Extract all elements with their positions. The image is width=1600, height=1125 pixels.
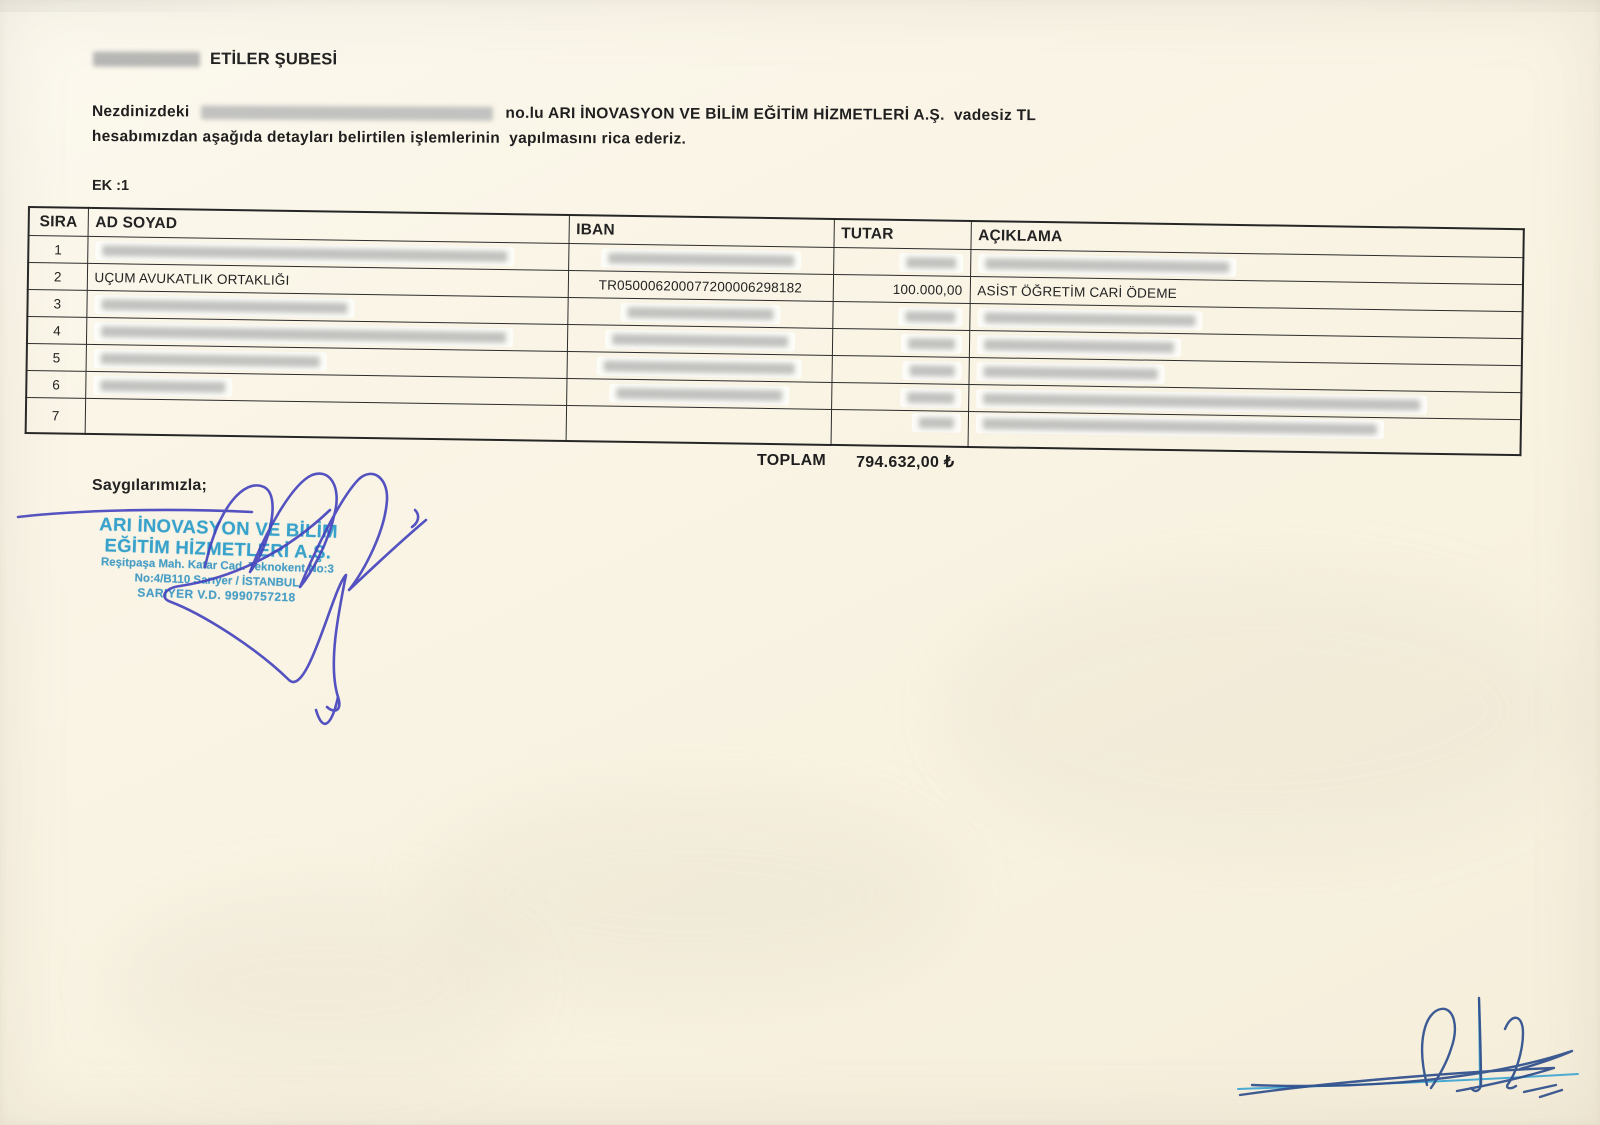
total-label: TOPLAM	[757, 452, 826, 472]
redacted-cell-text	[95, 240, 515, 265]
cell-tutar	[832, 328, 969, 357]
branch-title: ETİLER ŞUBESİ	[210, 50, 337, 69]
redacted-cell-text	[604, 329, 794, 351]
row-number: 4	[27, 317, 86, 345]
redacted-cell-text	[94, 321, 514, 346]
redacted-bank-name	[93, 52, 200, 67]
request-line-1: Nezdinizdeki no.lu ARI İNOVASYON VE BİLİ…	[92, 103, 1036, 125]
cell-iban	[567, 298, 832, 329]
column-header-sira: SIRA	[29, 207, 88, 236]
cell-aciklama	[968, 411, 1521, 455]
cell-tutar: 100.000,00	[833, 274, 970, 303]
redacted-cell-text	[93, 375, 233, 396]
request-line-2: hesabımızdan aşağıda detayları belirtile…	[92, 128, 1036, 150]
column-header-tutar: TUTAR	[833, 219, 970, 250]
redacted-cell-text	[976, 389, 1428, 415]
total-value: 794.632,00 ₺	[856, 452, 954, 472]
redacted-cell-text	[597, 356, 802, 378]
redacted-cell-text	[601, 248, 801, 270]
scanned-payment-instruction-document: ETİLER ŞUBESİ Nezdinizdeki no.lu ARI İNO…	[0, 0, 1600, 1125]
cell-text-iban: TR050006200077200006298182	[599, 277, 803, 295]
redacted-cell-text	[976, 335, 1181, 357]
cell-tutar	[832, 301, 969, 330]
redacted-cell-text	[93, 348, 326, 370]
total-line: TOPLAM 794.632,00 ₺	[757, 452, 954, 472]
row-number: 1	[28, 236, 87, 264]
scan-blotch	[120, 900, 520, 1070]
bank-branch-line: ETİLER ŞUBESİ	[93, 50, 337, 70]
redacted-cell-text	[978, 254, 1236, 277]
cell-iban	[566, 406, 831, 445]
cell-iban	[567, 325, 832, 356]
attachment-label: EK :1	[92, 178, 129, 194]
cell-iban: TR050006200077200006298182	[568, 271, 833, 302]
redacted-cell-text	[609, 383, 789, 405]
payments-table-wrap: SIRAAD SOYADIBANTUTARAÇIKLAMA12UÇUM AVUK…	[25, 206, 1523, 456]
column-header-iban: IBAN	[569, 215, 834, 247]
redacted-cell-text	[975, 414, 1384, 439]
row-number: 5	[27, 343, 86, 371]
row-number: 2	[28, 263, 87, 291]
cell-iban	[568, 244, 833, 275]
redacted-account-number	[201, 105, 493, 120]
scan-edge-shadow	[0, 0, 1600, 12]
redacted-cell-text	[900, 387, 961, 407]
intro-prefix: Nezdinizdeki	[92, 103, 190, 121]
scan-blotch	[950, 580, 1570, 840]
handwritten-signature-primary	[8, 465, 478, 775]
cell-tutar	[831, 382, 968, 411]
row-number: 6	[26, 370, 85, 398]
cell-tutar	[831, 409, 969, 447]
redacted-cell-text	[94, 294, 355, 317]
row-number: 7	[26, 397, 86, 433]
redacted-cell-text	[976, 362, 1164, 384]
cell-text-aciklama: ASİST ÖĞRETİM CARİ ÖDEME	[977, 283, 1177, 301]
redacted-cell-text	[898, 306, 962, 326]
request-paragraph: Nezdinizdeki no.lu ARI İNOVASYON VE BİLİ…	[92, 103, 1036, 150]
cell-text-ad_soyad: UÇUM AVUKATLIK ORTAKLIĞI	[94, 269, 289, 287]
cell-iban	[567, 352, 832, 383]
cell-tutar	[831, 355, 968, 384]
redacted-cell-text	[977, 308, 1203, 330]
handwritten-signature-secondary	[1222, 988, 1594, 1120]
row-number: 3	[27, 290, 86, 318]
scan-blotch	[430, 800, 950, 990]
cell-ad_soyad	[85, 398, 566, 441]
payments-table: SIRAAD SOYADIBANTUTARAÇIKLAMA12UÇUM AVUK…	[25, 206, 1525, 456]
redacted-cell-text	[620, 302, 780, 323]
cell-iban	[566, 379, 831, 410]
intro-rest: no.lu ARI İNOVASYON VE BİLİM EĞİTİM HİZM…	[505, 105, 1036, 125]
redacted-cell-text	[899, 252, 963, 272]
redacted-cell-text	[911, 413, 960, 433]
redacted-cell-text	[900, 333, 961, 353]
cell-text-tutar: 100.000,00	[893, 281, 963, 297]
redacted-cell-text	[902, 360, 961, 380]
cell-tutar	[833, 247, 970, 276]
